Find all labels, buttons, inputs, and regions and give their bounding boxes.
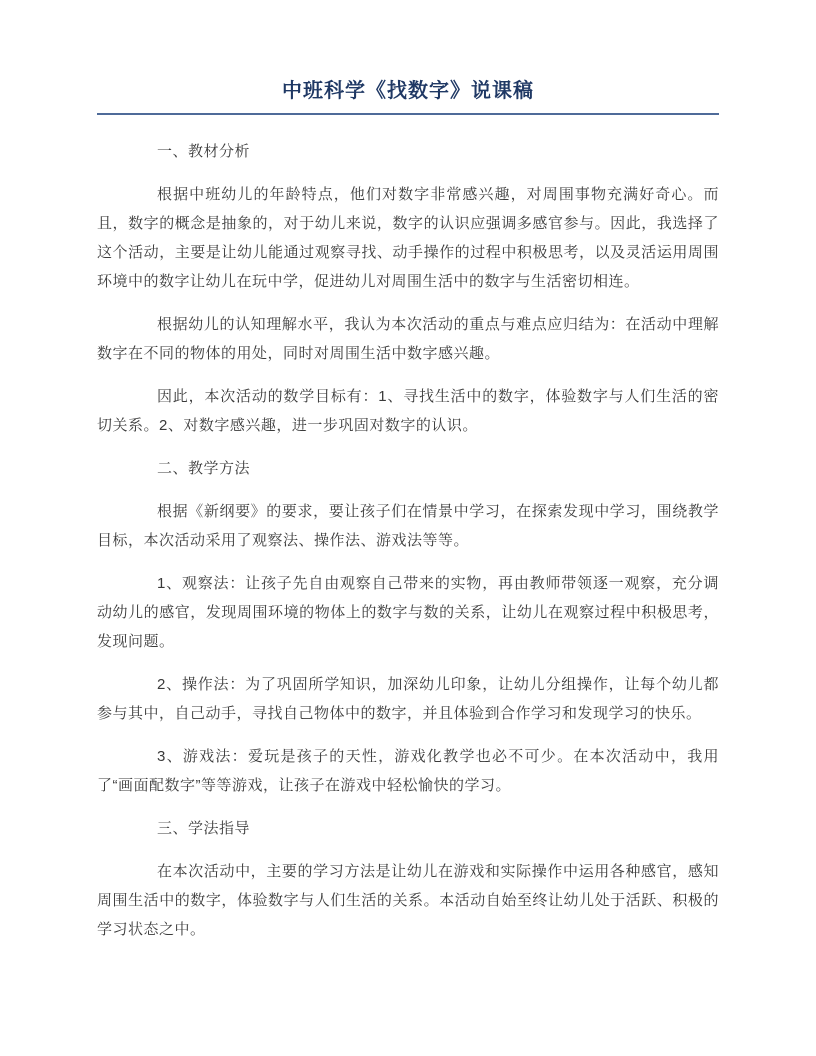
paragraph-operation-method: 2、操作法：为了巩固所学知识，加深幼儿印象，让幼儿分组操作，让每个幼儿都参与其中… [97,670,719,728]
paragraph-key-difficult-points: 根据幼儿的认知理解水平，我认为本次活动的重点与难点应归结为：在活动中理解数字在不… [97,310,719,368]
paragraph-activity-goals: 因此，本次活动的数学目标有：1、寻找生活中的数字，体验数字与人们生活的密切关系。… [97,382,719,440]
document-body: 一、教材分析 根据中班幼儿的年龄特点，他们对数字非常感兴趣，对周围事物充满好奇心… [97,137,719,944]
paragraph-game-method: 3、游戏法：爱玩是孩子的天性，游戏化教学也必不可少。在本次活动中，我用了“画面配… [97,742,719,800]
section-heading-teaching-methods: 二、教学方法 [97,454,719,483]
paragraph-learning-methods: 在本次活动中，主要的学习方法是让幼儿在游戏和实际操作中运用各种感官，感知周围生活… [97,857,719,944]
paragraph-observation-method: 1、观察法：让孩子先自由观察自己带来的实物，再由教师带领逐一观察，充分调动幼儿的… [97,569,719,656]
section-heading-material-analysis: 一、教材分析 [97,137,719,166]
document-page: 中班科学《找数字》说课稿 一、教材分析 根据中班幼儿的年龄特点，他们对数字非常感… [0,0,816,1056]
document-title: 中班科学《找数字》说课稿 [97,78,719,104]
paragraph-age-characteristics: 根据中班幼儿的年龄特点，他们对数字非常感兴趣，对周围事物充满好奇心。而且，数字的… [97,180,719,296]
section-heading-learning-guidance: 三、学法指导 [97,814,719,843]
document-header: 中班科学《找数字》说课稿 [97,78,719,115]
paragraph-new-outline: 根据《新纲要》的要求，要让孩子们在情景中学习，在探索发现中学习，围绕教学目标，本… [97,497,719,555]
